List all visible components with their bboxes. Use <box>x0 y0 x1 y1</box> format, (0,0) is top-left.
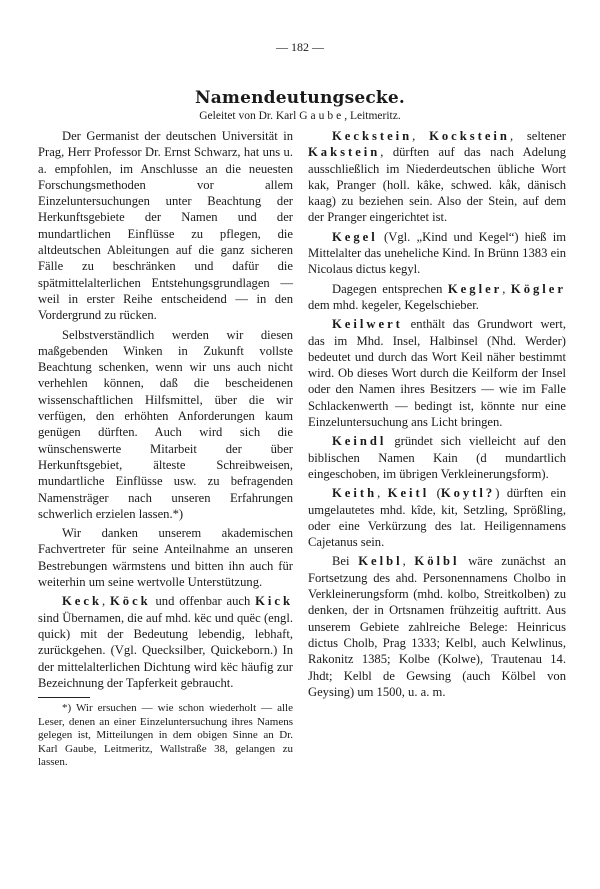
entry-text: und offenbar auch <box>151 594 255 608</box>
headword: Keckstein <box>332 129 412 143</box>
entry-text: wäre zunächst an Fortsetzung des ahd. Pe… <box>308 554 566 698</box>
paragraph-intro: Der Germanist der deutschen Universität … <box>38 128 293 324</box>
entry-text: Dagegen entsprechen <box>332 282 448 296</box>
byline-suffix: , Leitmeritz. <box>344 110 401 122</box>
entry-keith: Keith, Keitl (Koytl?) dürften ein umgela… <box>308 485 566 550</box>
headword: Kelbl <box>358 554 402 568</box>
entry-text: , seltener <box>510 129 566 143</box>
entry-kegler: Dagegen entsprechen Kegler, Kögler dem m… <box>308 281 566 314</box>
entry-text: ( <box>429 486 441 500</box>
footnote-rule <box>38 697 90 698</box>
separator: , <box>412 129 429 143</box>
headword: Keitl <box>388 486 430 500</box>
byline-prefix: Geleitet von Dr. Karl <box>199 110 296 122</box>
section-title: Namendeutungsecke. <box>0 88 600 108</box>
paragraph-thanks: Wir danken unserem akademischen Fachvert… <box>38 525 293 590</box>
headword: Keilwert <box>332 317 403 331</box>
headword: Köck <box>110 594 151 608</box>
entry-text: dem mhd. kegeler, Kegelschieber. <box>308 298 479 312</box>
headword: Kegel <box>332 230 378 244</box>
left-column: Der Germanist der deutschen Universität … <box>38 128 293 770</box>
entry-kegel: Kegel (Vgl. „Kind und Kegel“) hieß im Mi… <box>308 229 566 278</box>
headword: Kick <box>255 594 293 608</box>
footnote: *) Wir ersuchen — wie schon wiederholt —… <box>38 702 293 770</box>
headword: Keith <box>332 486 377 500</box>
separator: , <box>502 282 511 296</box>
separator: , <box>102 594 110 608</box>
separator: , <box>377 486 388 500</box>
separator: , <box>403 554 415 568</box>
byline: Geleitet von Dr. Karl Gaube, Leitmeritz. <box>0 110 600 122</box>
headword: Kakstein <box>308 145 380 159</box>
headword: Kölbl <box>414 554 459 568</box>
entry-keckstein: Keckstein, Kockstein, seltener Kakstein,… <box>308 128 566 226</box>
headword: Keindl <box>332 434 386 448</box>
entry-text: Bei <box>332 554 358 568</box>
entry-keindl: Keindl gründet sich vielleicht auf den b… <box>308 433 566 482</box>
entry-keck: Keck, Köck und offenbar auch Kick sind Ü… <box>38 593 293 691</box>
entry-keilwert: Keilwert enthält das Grundwort wert, das… <box>308 316 566 430</box>
entry-kelbl: Bei Kelbl, Kölbl wäre zunächst an Fortse… <box>308 553 566 700</box>
headword: Kegler <box>448 282 502 296</box>
headword: Kögler <box>511 282 566 296</box>
paragraph-acknowledgment: Selbstverständlich werden wir diesen maß… <box>38 327 293 523</box>
byline-author: Gaube <box>299 110 344 122</box>
entry-text: enthält das Grundwort wert, das im Mhd. … <box>308 317 566 429</box>
headword: Keck <box>62 594 102 608</box>
headword: Koytl? <box>441 486 495 500</box>
right-column: Keckstein, Kockstein, seltener Kakstein,… <box>308 128 566 703</box>
headword: Kockstein <box>429 129 510 143</box>
page-number: — 182 — <box>0 40 600 55</box>
entry-text: sind Übernamen, die auf mhd. këc und quë… <box>38 611 293 690</box>
